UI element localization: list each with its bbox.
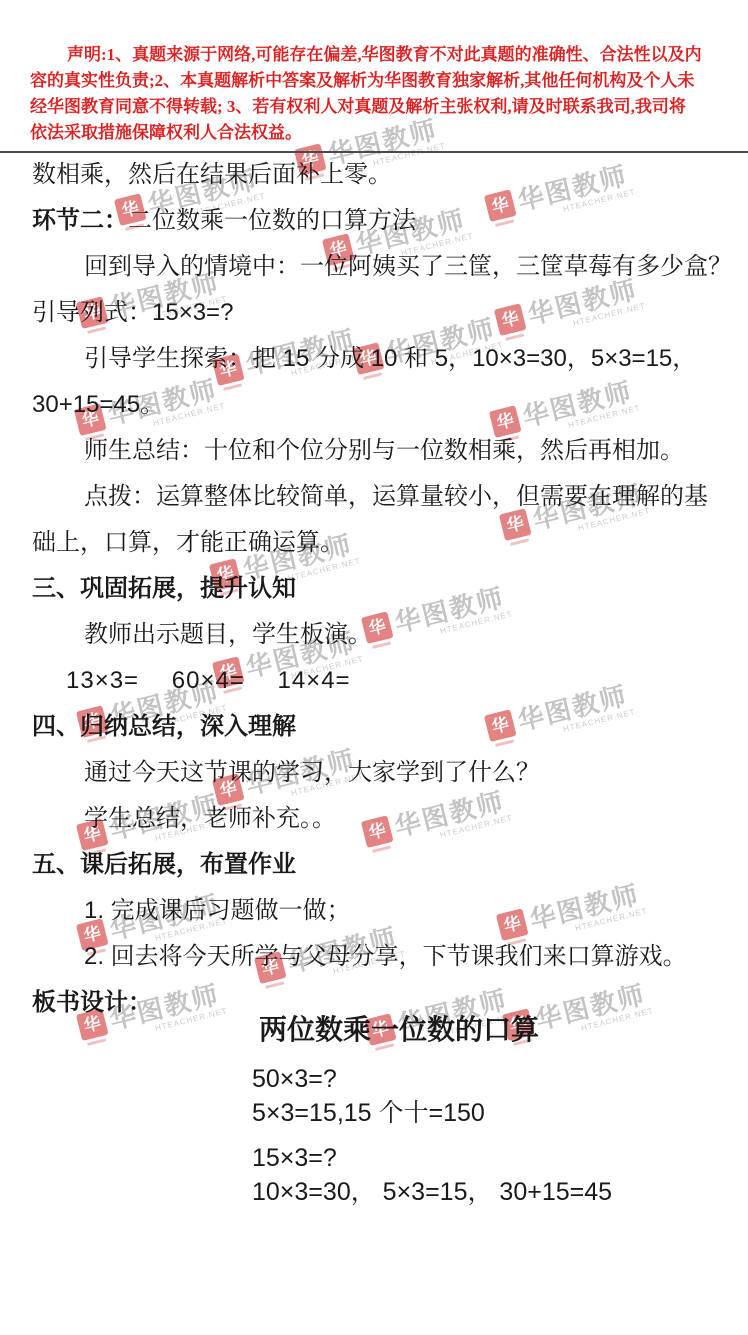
disclaimer-line: 声明:1、真题来源于网络,可能存在偏差,华图教育不对此真题的准确性、合法性以及内	[30, 42, 722, 68]
body-line: 30+15=45。	[32, 382, 738, 428]
body-line: 引导列式：15×3=?	[32, 290, 738, 336]
disclaimer-label: 声明:	[67, 45, 107, 64]
body-line: 四、归纳总结，深入理解	[32, 704, 738, 750]
lesson-plan-body: 数相乘，然后在结果后面补上零。环节二：二位数乘一位数的口算方法回到导入的情境中：…	[32, 152, 738, 1026]
disclaimer-line: 容的真实性负责;2、本真题解析中答案及解析为华图教育独家解析,其他任何机构及个人…	[30, 68, 722, 94]
body-line: 回到导入的情境中：一位阿姨买了三筐，三筐草莓有多少盒？	[32, 244, 738, 290]
disclaimer-line: 依法采取措施保障权利人合法权益。	[30, 120, 722, 146]
body-line: 三、巩固拓展，提升认知	[32, 566, 738, 612]
body-line: 1. 完成课后习题做一做；	[32, 888, 738, 934]
body-line: 教师出示题目，学生板演。	[32, 612, 738, 658]
board-formula-line: 10×3=30， 5×3=15， 30+15=45	[32, 1175, 732, 1209]
body-line: 数相乘，然后在结果后面补上零。	[32, 152, 738, 198]
board-formula-line: 50×3=?	[32, 1062, 732, 1096]
body-line: 通过今天这节课的学习，大家学到了什么？	[32, 750, 738, 796]
disclaimer-line: 经华图教育同意不得转载; 3、若有权利人对真题及解析主张权利,请及时联系我司,我…	[30, 94, 722, 120]
body-line: 2. 回去将今天所学与父母分享，下节课我们来口算游戏。	[32, 934, 738, 980]
body-line: 五、课后拓展，布置作业	[32, 842, 738, 888]
board-formulas: 50×3=?5×3=15,15 个十=15015×3=?10×3=30， 5×3…	[32, 1062, 732, 1209]
board-formula-line: 5×3=15,15 个十=150	[32, 1096, 732, 1130]
body-line: 师生总结：十位和个位分别与一位数相乘，然后再相加。	[32, 428, 738, 474]
board-design-section: 两位数乘一位数的口算 50×3=?5×3=15,15 个十=15015×3=?1…	[32, 1008, 732, 1209]
body-line: 13×3= 60×4= 14×4=	[32, 658, 738, 704]
body-line: 学生总结，老师补充。。	[32, 796, 738, 842]
body-line-label: 环节二：	[32, 207, 128, 234]
body-line: 环节二：二位数乘一位数的口算方法	[32, 198, 738, 244]
body-line: 点拨：运算整体比较简单，运算量较小，但需要在理解的基	[32, 474, 738, 520]
disclaimer-notice: 声明:1、真题来源于网络,可能存在偏差,华图教育不对此真题的准确性、合法性以及内…	[30, 42, 722, 146]
body-line: 础上，口算，才能正确运算。	[32, 520, 738, 566]
document-page: 华华图教师HTEACHER.NET华华图教师HTEACHER.NET华华图教师H…	[0, 0, 748, 1335]
body-line: 引导学生探索：把 15 分成 10 和 5，10×3=30，5×3=15，	[32, 336, 738, 382]
board-formula-line: 15×3=?	[32, 1141, 732, 1175]
board-title: 两位数乘一位数的口算	[32, 1008, 732, 1052]
